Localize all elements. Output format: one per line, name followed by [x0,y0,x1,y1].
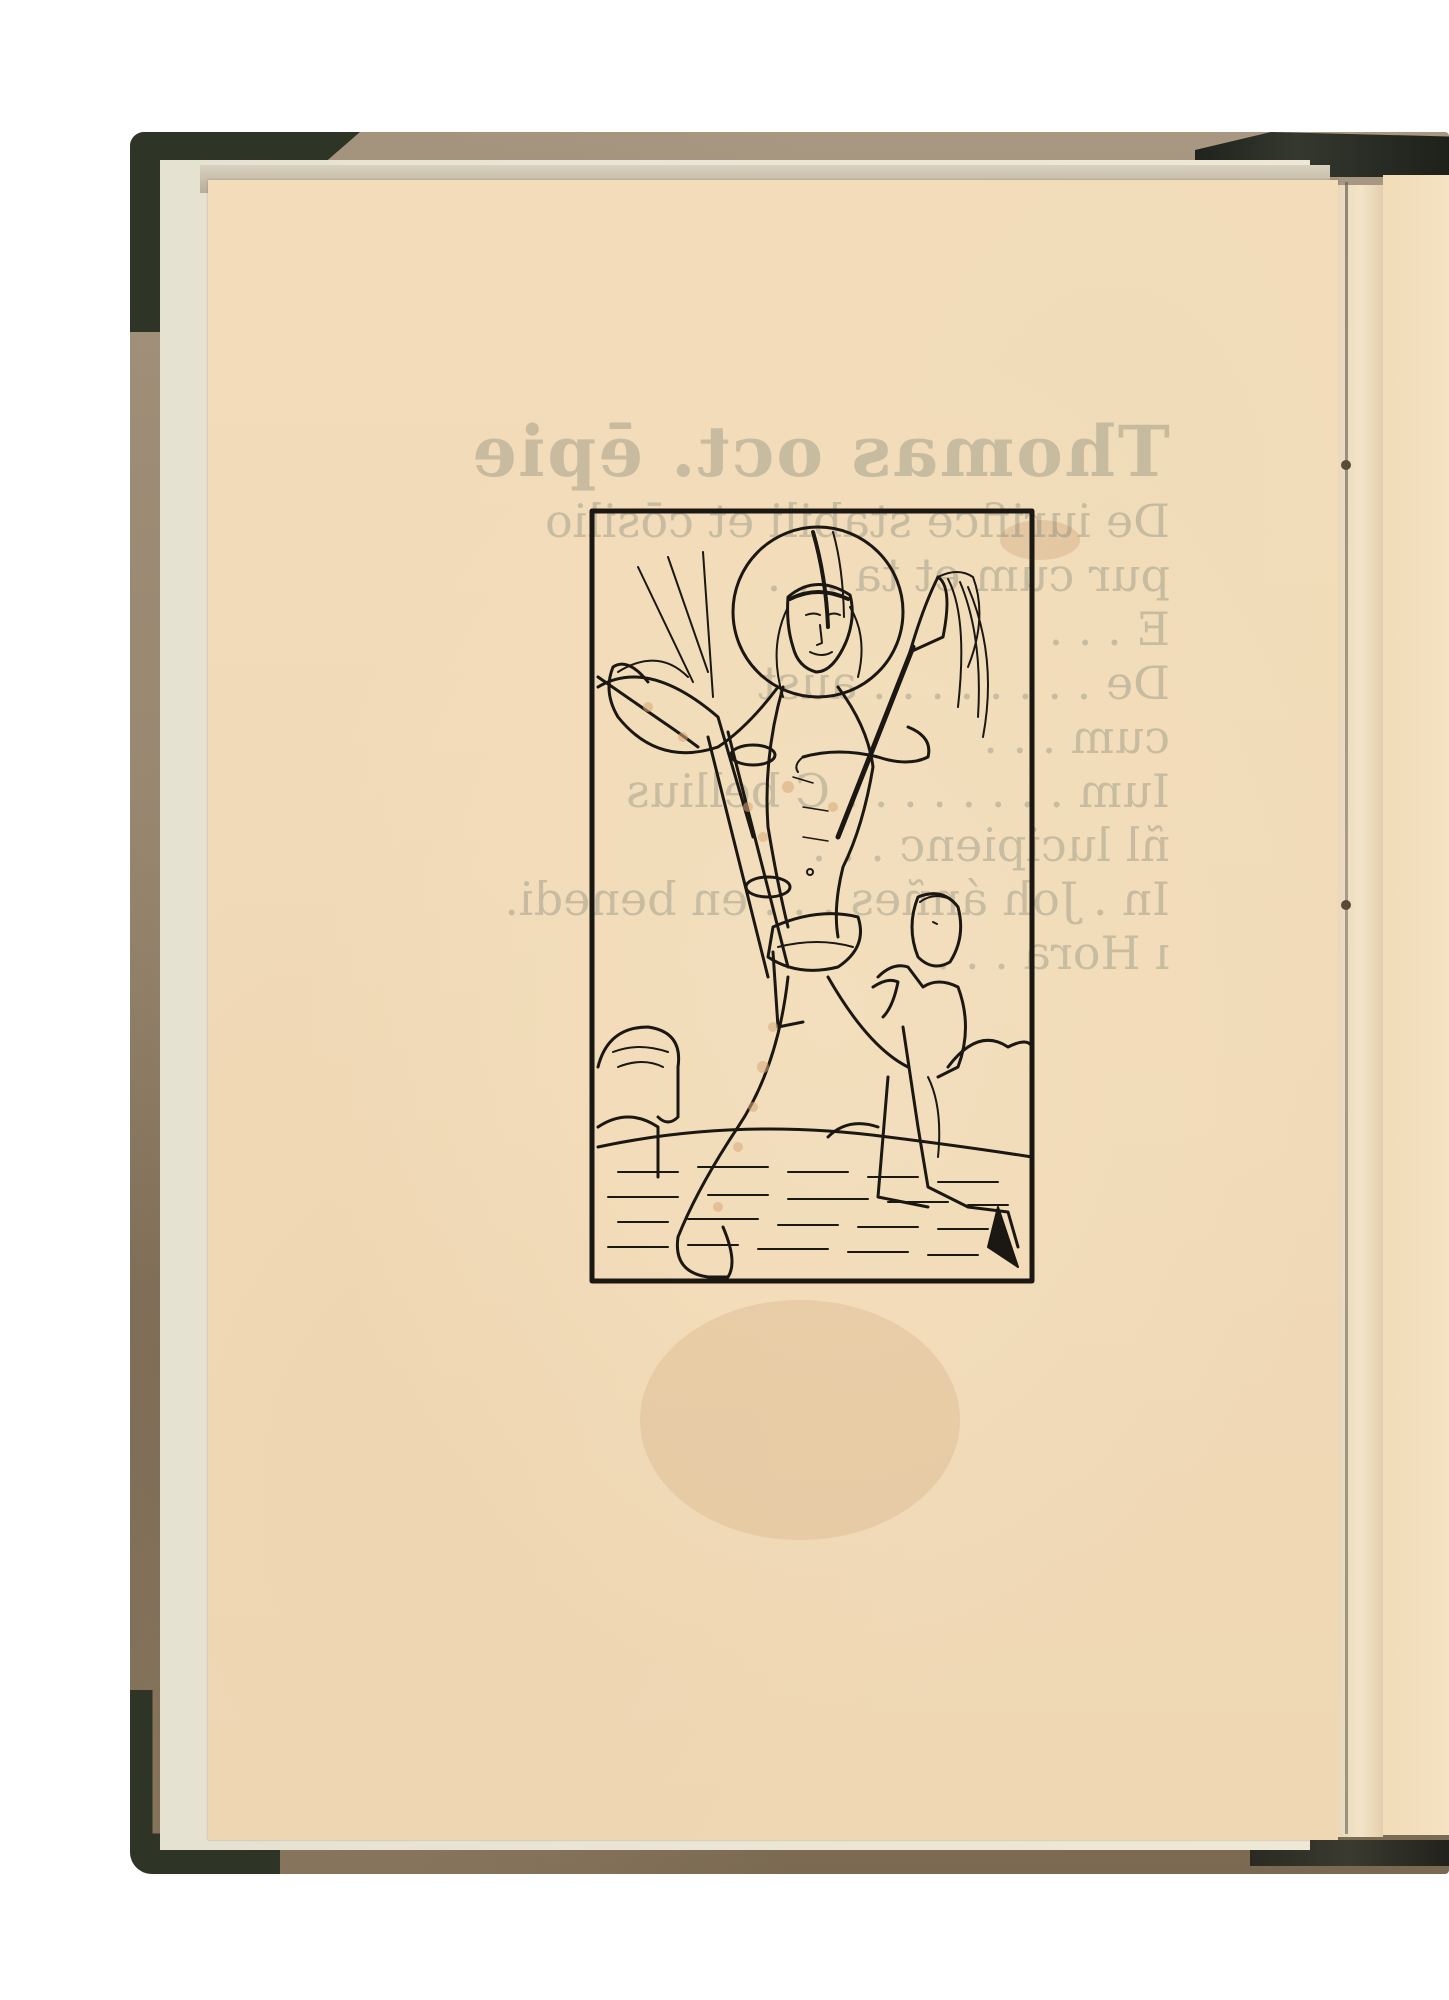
water-stain [640,1300,960,1540]
gutter-fold-line [1345,182,1348,1834]
woodcut-drawing [588,507,1036,1285]
book-photograph: Thomas oct. ēpie De iurifice stabili et … [0,0,1449,2000]
woodcut-illustration [588,507,1036,1285]
facing-page-edge [1383,175,1449,1835]
showthrough-heading: Thomas oct. ēpie [470,410,1170,494]
sewing-hole [1341,460,1351,470]
sewing-hole [1341,900,1351,910]
